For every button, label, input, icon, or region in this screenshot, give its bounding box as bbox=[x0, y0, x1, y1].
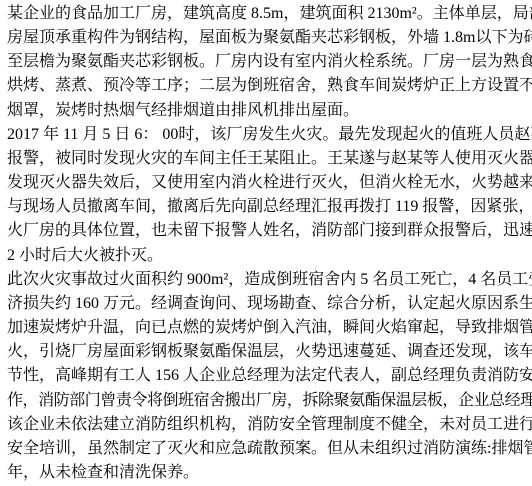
text-line-9: 与现场人员撤离车间，撤离后先向副总经理汇报再拨打 119 报警，因紧张，未说清起 bbox=[7, 195, 528, 219]
text-line-13: 济损失约 160 万元。经调查询问、现场勘查、综合分析，认定起火原因系生炭工刘某… bbox=[7, 292, 528, 316]
text-line-18: 该企业未依法建立消防组织机构，消防安全管理制度不健全，未对员工进行必要的消防 bbox=[7, 413, 528, 437]
text-line-4: 烘烤、蒸煮、预冷等工序；二层为倒班宿舍，熟食车间炭烤炉正上方设置不锈钢材质排 bbox=[7, 74, 528, 98]
document-page: 某企业的食品加工厂房，建筑高度 8.5m，建筑面积 2130m²。主体单层，局部… bbox=[0, 0, 532, 486]
text-line-17: 作，消防部门曾责令将倒班宿舍搬出厂房，拆除聚氨酯保温层板，企业总经理拒不执行； bbox=[7, 389, 528, 413]
text-line-15: 火，引烧厂房屋面彩钢板聚氨酯保温层，火势迅速蔓延、调查还发现，该车间生产有季 bbox=[7, 340, 528, 364]
text-line-19: 安全培训，虽然制定了灭火和应急疏散预案。但从未组织过消防演练:排烟管通使用多 bbox=[7, 437, 528, 461]
text-line-16: 节性，高峰期有工人 156 人企业总经理为法定代表人，副总经理负责消防安全管理工 bbox=[7, 364, 528, 388]
text-line-1: 某企业的食品加工厂房，建筑高度 8.5m，建筑面积 2130m²。主体单层，局部… bbox=[7, 2, 528, 26]
text-line-8: 发现灭火器失效后，又使用室内消火栓进行灭火，但消火栓无水，火势越来越大，王某 bbox=[7, 171, 528, 195]
text-line-2: 房屋顶承重构件为钢结构，屋面板为聚氨酯夹芯彩钢板，外墙 1.8m以下为砖墙，砖墙 bbox=[7, 26, 528, 50]
text-line-20: 年，从未检查和清洗保养。 bbox=[7, 461, 528, 485]
text-line-5: 烟罩，炭烤时热烟气经排烟道由排风机排出屋面。 bbox=[7, 99, 528, 123]
text-line-7: 报警，被同时发现火灾的车间主任王某阻止。王某遂与赵某等人使用灭火器进行扑救， bbox=[7, 147, 528, 171]
text-line-12: 此次火灾事故过火面积约 900m²，造成倒班宿舍内 5 名员工死亡，4 名员工受… bbox=[7, 268, 528, 292]
text-line-10: 火厂房的具体位置，也未留下报警人姓名，消防部门接到群众报警后，迅速到达火场， bbox=[7, 219, 528, 243]
text-line-3: 至层檐为聚氨酯夹芯彩钢板。厂房内设有室内消火栓系统。厂房一层为熟食车间，设有 bbox=[7, 50, 528, 74]
text-line-14: 加速炭烤炉升温，向已点燃的炭烤炉倒入汽油，瞬间火焰窜起，导致排烟管道内油垢起 bbox=[7, 316, 528, 340]
text-line-6: 2017 年 11 月 5 日 6： 00时，该厂房发生火灾。最先发现起火的值班… bbox=[7, 123, 528, 147]
text-line-11: 2 小时后大火被扑灭。 bbox=[7, 244, 528, 268]
